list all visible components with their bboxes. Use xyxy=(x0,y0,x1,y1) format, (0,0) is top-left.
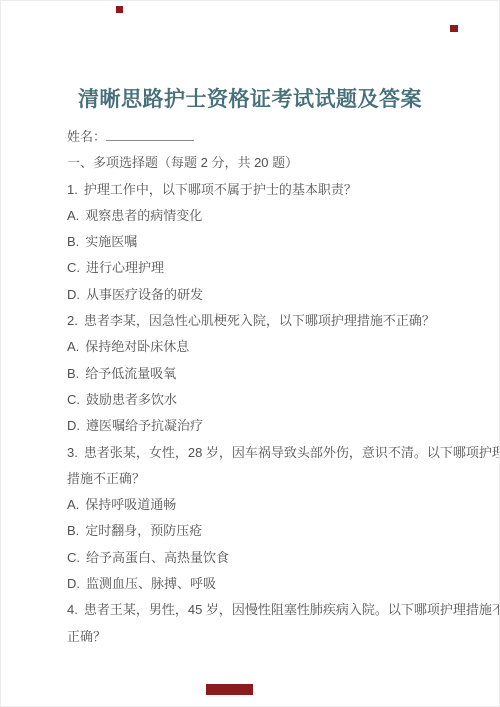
option-text: 遵医嘱给予抗凝治疗 xyxy=(86,418,203,433)
option-text: 给予高蛋白、高热量饮食 xyxy=(86,550,229,565)
question-2-text: 患者李某，因急性心肌梗死入院，以下哪项护理措施不正确？ xyxy=(84,313,435,328)
question-1-option-d[interactable]: D.从事医疗设备的研发 xyxy=(67,282,479,308)
option-letter: A. xyxy=(67,334,79,360)
document-body: 姓名： 一、多项选择题（每题 2 分，共 20 题） 1.护理工作中，以下哪项不… xyxy=(67,124,479,650)
question-3: 3.患者张某，女性，28 岁，因车祸导致头部外伤，意识不清。以下哪项护理 xyxy=(67,440,479,466)
question-2-option-a[interactable]: A.保持绝对卧床休息 xyxy=(67,334,479,360)
question-2-option-b[interactable]: B.给予低流量吸氧 xyxy=(67,361,479,387)
option-text: 保持呼吸道通畅 xyxy=(85,497,176,512)
question-3-option-d[interactable]: D.监测血压、脉搏、呼吸 xyxy=(67,571,479,597)
name-field-row: 姓名： xyxy=(67,124,479,150)
question-2: 2.患者李某，因急性心肌梗死入院，以下哪项护理措施不正确？ xyxy=(67,308,479,334)
question-1-option-b[interactable]: B.实施医嘱 xyxy=(67,229,479,255)
option-text: 给予低流量吸氧 xyxy=(85,366,176,381)
option-text: 监测血压、脉搏、呼吸 xyxy=(86,576,216,591)
question-4-number: 4. xyxy=(67,597,78,623)
option-text: 保持绝对卧床休息 xyxy=(85,339,189,354)
question-1-option-c[interactable]: C.进行心理护理 xyxy=(67,255,479,281)
option-letter: B. xyxy=(67,361,79,387)
question-1-option-a[interactable]: A.观察患者的病情变化 xyxy=(67,203,479,229)
option-text: 进行心理护理 xyxy=(86,260,164,275)
question-4: 4.患者王某，男性，45 岁，因慢性阻塞性肺疾病入院。以下哪项护理措施不 xyxy=(67,597,479,623)
question-2-option-c[interactable]: C.鼓励患者多饮水 xyxy=(67,387,479,413)
question-3-number: 3. xyxy=(67,440,78,466)
question-3-text-line1: 患者张某，女性，28 岁，因车祸导致头部外伤，意识不清。以下哪项护理 xyxy=(84,445,500,460)
question-4-text-wrap: 正确？ xyxy=(67,624,479,650)
option-letter: B. xyxy=(67,518,79,544)
option-letter: D. xyxy=(67,413,80,439)
document-page: 清晰思路护士资格证考试试题及答案 姓名： 一、多项选择题（每题 2 分，共 20… xyxy=(0,0,500,707)
section-heading: 一、多项选择题（每题 2 分，共 20 题） xyxy=(67,150,479,176)
option-text: 鼓励患者多饮水 xyxy=(86,392,177,407)
option-letter: A. xyxy=(67,492,79,518)
question-3-option-a[interactable]: A.保持呼吸道通畅 xyxy=(67,492,479,518)
question-4-text-line1: 患者王某，男性，45 岁，因慢性阻塞性肺疾病入院。以下哪项护理措施不 xyxy=(84,602,500,617)
red-watermark-mark-top xyxy=(116,6,123,13)
question-2-number: 2. xyxy=(67,308,78,334)
option-letter: B. xyxy=(67,229,79,255)
option-letter: C. xyxy=(67,545,80,571)
option-text: 观察患者的病情变化 xyxy=(85,208,202,223)
page-title: 清晰思路护士资格证考试试题及答案 xyxy=(1,83,499,113)
option-letter: A. xyxy=(67,203,79,229)
option-letter: D. xyxy=(67,571,80,597)
question-2-option-d[interactable]: D.遵医嘱给予抗凝治疗 xyxy=(67,413,479,439)
option-letter: D. xyxy=(67,282,80,308)
question-1-text: 护理工作中，以下哪项不属于护士的基本职责？ xyxy=(84,182,357,197)
option-letter: C. xyxy=(67,255,80,281)
option-text: 从事医疗设备的研发 xyxy=(86,287,203,302)
question-1: 1.护理工作中，以下哪项不属于护士的基本职责？ xyxy=(67,177,479,203)
option-text: 定时翻身，预防压疮 xyxy=(85,523,202,538)
red-watermark-mark-bottom xyxy=(206,684,253,695)
name-input-line[interactable] xyxy=(106,128,194,141)
question-3-option-b[interactable]: B.定时翻身，预防压疮 xyxy=(67,518,479,544)
question-3-option-c[interactable]: C.给予高蛋白、高热量饮食 xyxy=(67,545,479,571)
question-3-text-wrap: 措施不正确？ xyxy=(67,466,479,492)
option-letter: C. xyxy=(67,387,80,413)
option-text: 实施医嘱 xyxy=(85,234,137,249)
question-1-number: 1. xyxy=(67,177,78,203)
name-label: 姓名： xyxy=(67,129,106,144)
red-watermark-mark-right xyxy=(450,25,458,32)
